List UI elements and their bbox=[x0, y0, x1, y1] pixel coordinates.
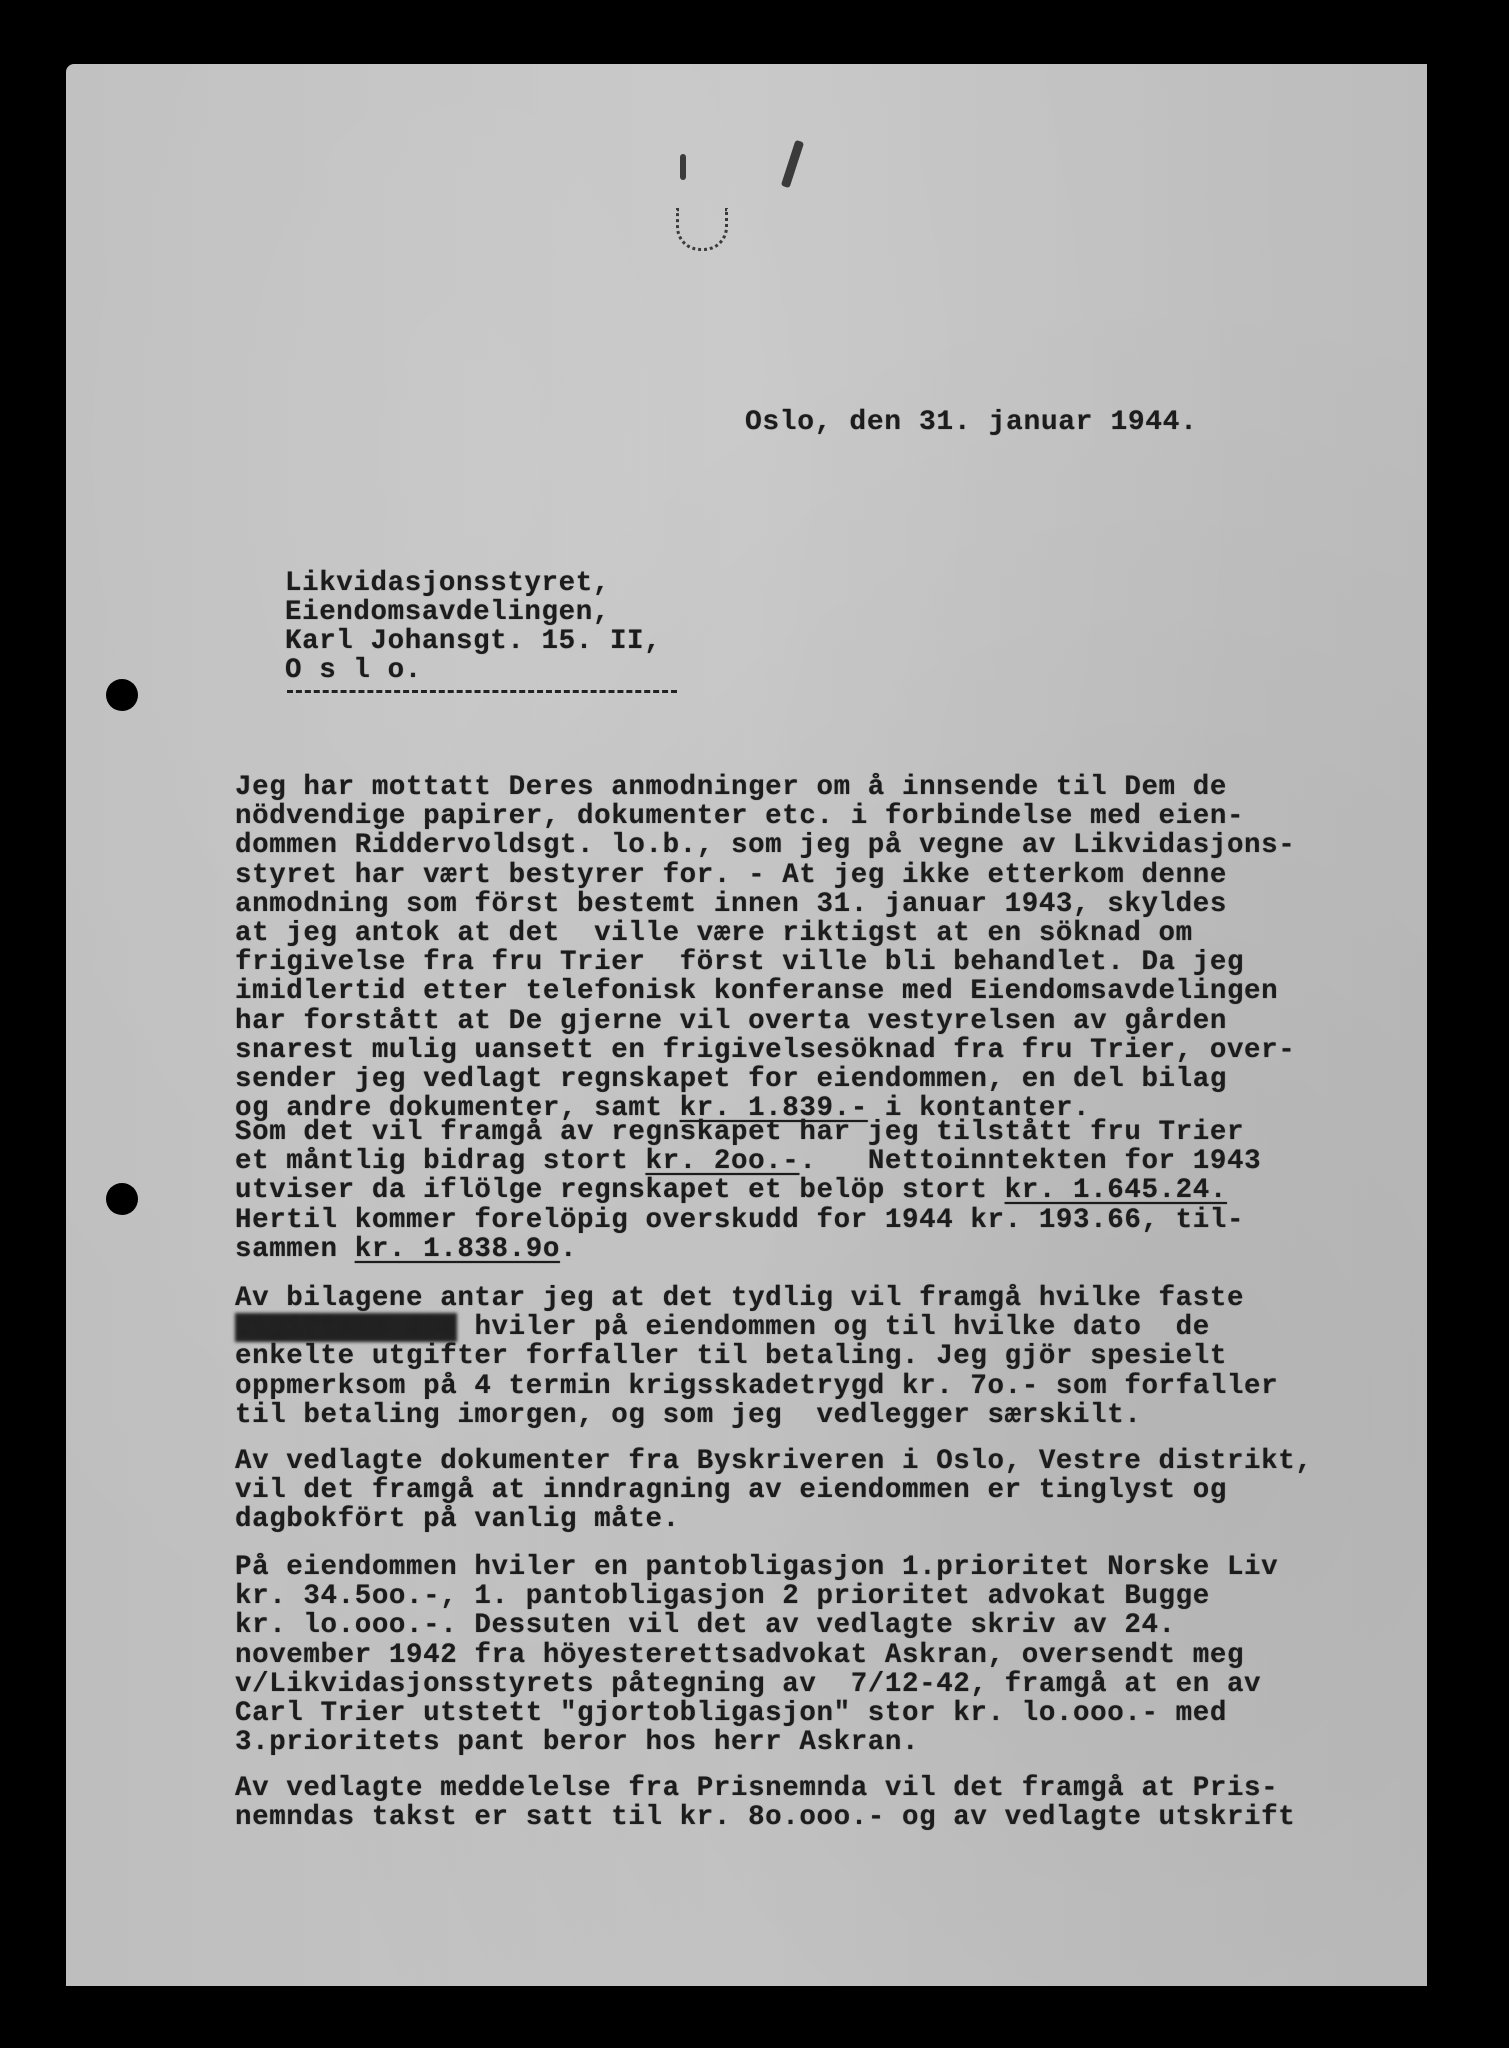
monthly-allowance-amount: kr. 2oo.- bbox=[645, 1146, 799, 1177]
paragraph-2: Som det vil framgå av regnskapet har jeg… bbox=[235, 1118, 1261, 1264]
text-line: dommen Riddervoldsgt. lo.b., som jeg på … bbox=[235, 831, 1295, 860]
text-line: november 1942 fra höyesterettsadvokat As… bbox=[235, 1641, 1278, 1670]
struck-out-text: utgiftene som bbox=[235, 1313, 457, 1342]
text-line: enkelte utgifter forfaller til betaling.… bbox=[235, 1342, 1278, 1371]
text-line: til betaling imorgen, og som jeg vedlegg… bbox=[235, 1401, 1278, 1430]
text-line: har forstått at De gjerne vil overta ves… bbox=[235, 1007, 1295, 1036]
text-line: oppmerksom på 4 termin krigsskadetrygd k… bbox=[235, 1372, 1278, 1401]
text-line: Av vedlagte meddelelse fra Prisnemnda vi… bbox=[235, 1774, 1295, 1803]
paragraph-5: På eiendommen hviler en pantobligasjon 1… bbox=[235, 1553, 1278, 1757]
ink-mark-curve bbox=[676, 208, 728, 251]
text-line: dagbokfört på vanlig måte. bbox=[235, 1505, 1312, 1534]
text-line: et måntlig bidrag stort kr. 2oo.-. Netto… bbox=[235, 1147, 1261, 1176]
text-line: 3.prioritets pant beror hos herr Askran. bbox=[235, 1728, 1278, 1757]
text-line: På eiendommen hviler en pantobligasjon 1… bbox=[235, 1553, 1278, 1582]
paragraph-4: Av vedlagte dokumenter fra Byskriveren i… bbox=[235, 1447, 1312, 1535]
text-line: imidlertid etter telefonisk konferanse m… bbox=[235, 977, 1295, 1006]
text-line: vil det framgå at inndragning av eiendom… bbox=[235, 1476, 1312, 1505]
text-line: anmodning som först bestemt innen 31. ja… bbox=[235, 890, 1295, 919]
text-line: nödvendige papirer, dokumenter etc. i fo… bbox=[235, 802, 1295, 831]
text-line: styret har vært bestyrer for. - At jeg i… bbox=[235, 861, 1295, 890]
punch-hole-top bbox=[106, 679, 138, 711]
paragraph-3: Av bilagene antar jeg at det tydlig vil … bbox=[235, 1284, 1278, 1430]
text-line: Jeg har mottatt Deres anmodninger om å i… bbox=[235, 773, 1295, 802]
address-line: Likvidasjonsstyret, bbox=[285, 569, 661, 598]
text-line: frigivelse fra fru Trier först ville bli… bbox=[235, 948, 1295, 977]
date-line: Oslo, den 31. januar 1944. bbox=[745, 408, 1197, 437]
text-line: sammen kr. 1.838.9o. bbox=[235, 1235, 1261, 1264]
paragraph-6: Av vedlagte meddelelse fra Prisnemnda vi… bbox=[235, 1774, 1295, 1832]
address-line: Karl Johansgt. 15. II, bbox=[285, 627, 661, 656]
paragraph-1: Jeg har mottatt Deres anmodninger om å i… bbox=[235, 773, 1295, 1123]
text-line: kr. lo.ooo.-. Dessuten vil det av vedlag… bbox=[235, 1611, 1278, 1640]
text-line: snarest mulig uansett en frigivelsesökna… bbox=[235, 1036, 1295, 1065]
address-separator bbox=[287, 690, 677, 693]
net-income-amount: kr. 1.645.24. bbox=[1005, 1175, 1227, 1206]
text-line: Som det vil framgå av regnskapet har jeg… bbox=[235, 1118, 1261, 1147]
ink-mark bbox=[781, 140, 804, 188]
text-line: sender jeg vedlagt regnskapet for eiendo… bbox=[235, 1065, 1295, 1094]
text-line: kr. 34.5oo.-, 1. pantobligasjon 2 priori… bbox=[235, 1582, 1278, 1611]
recipient-address: Likvidasjonsstyret,Eiendomsavdelingen,Ka… bbox=[285, 569, 661, 685]
text-line: at jeg antok at det ville være riktigst … bbox=[235, 919, 1295, 948]
text-line: v/Likvidasjonsstyrets påtegning av 7/12-… bbox=[235, 1670, 1278, 1699]
text-line: Av vedlagte dokumenter fra Byskriveren i… bbox=[235, 1447, 1312, 1476]
punch-hole-bottom bbox=[106, 1183, 138, 1215]
text-line: utviser da iflölge regnskapet et belöp s… bbox=[235, 1176, 1261, 1205]
text-line: Carl Trier utstett "gjortobligasjon" sto… bbox=[235, 1699, 1278, 1728]
ink-mark bbox=[680, 154, 686, 180]
text-line: utgiftene som hviler på eiendommen og ti… bbox=[235, 1313, 1278, 1342]
address-line: O s l o. bbox=[285, 656, 661, 685]
text-line: Av bilagene antar jeg at det tydlig vil … bbox=[235, 1284, 1278, 1313]
address-line: Eiendomsavdelingen, bbox=[285, 598, 661, 627]
text-line: nemndas takst er satt til kr. 8o.ooo.- o… bbox=[235, 1803, 1295, 1832]
text-line: Hertil kommer forelöpig overskudd for 19… bbox=[235, 1206, 1261, 1235]
total-amount: kr. 1.838.9o bbox=[355, 1234, 560, 1265]
